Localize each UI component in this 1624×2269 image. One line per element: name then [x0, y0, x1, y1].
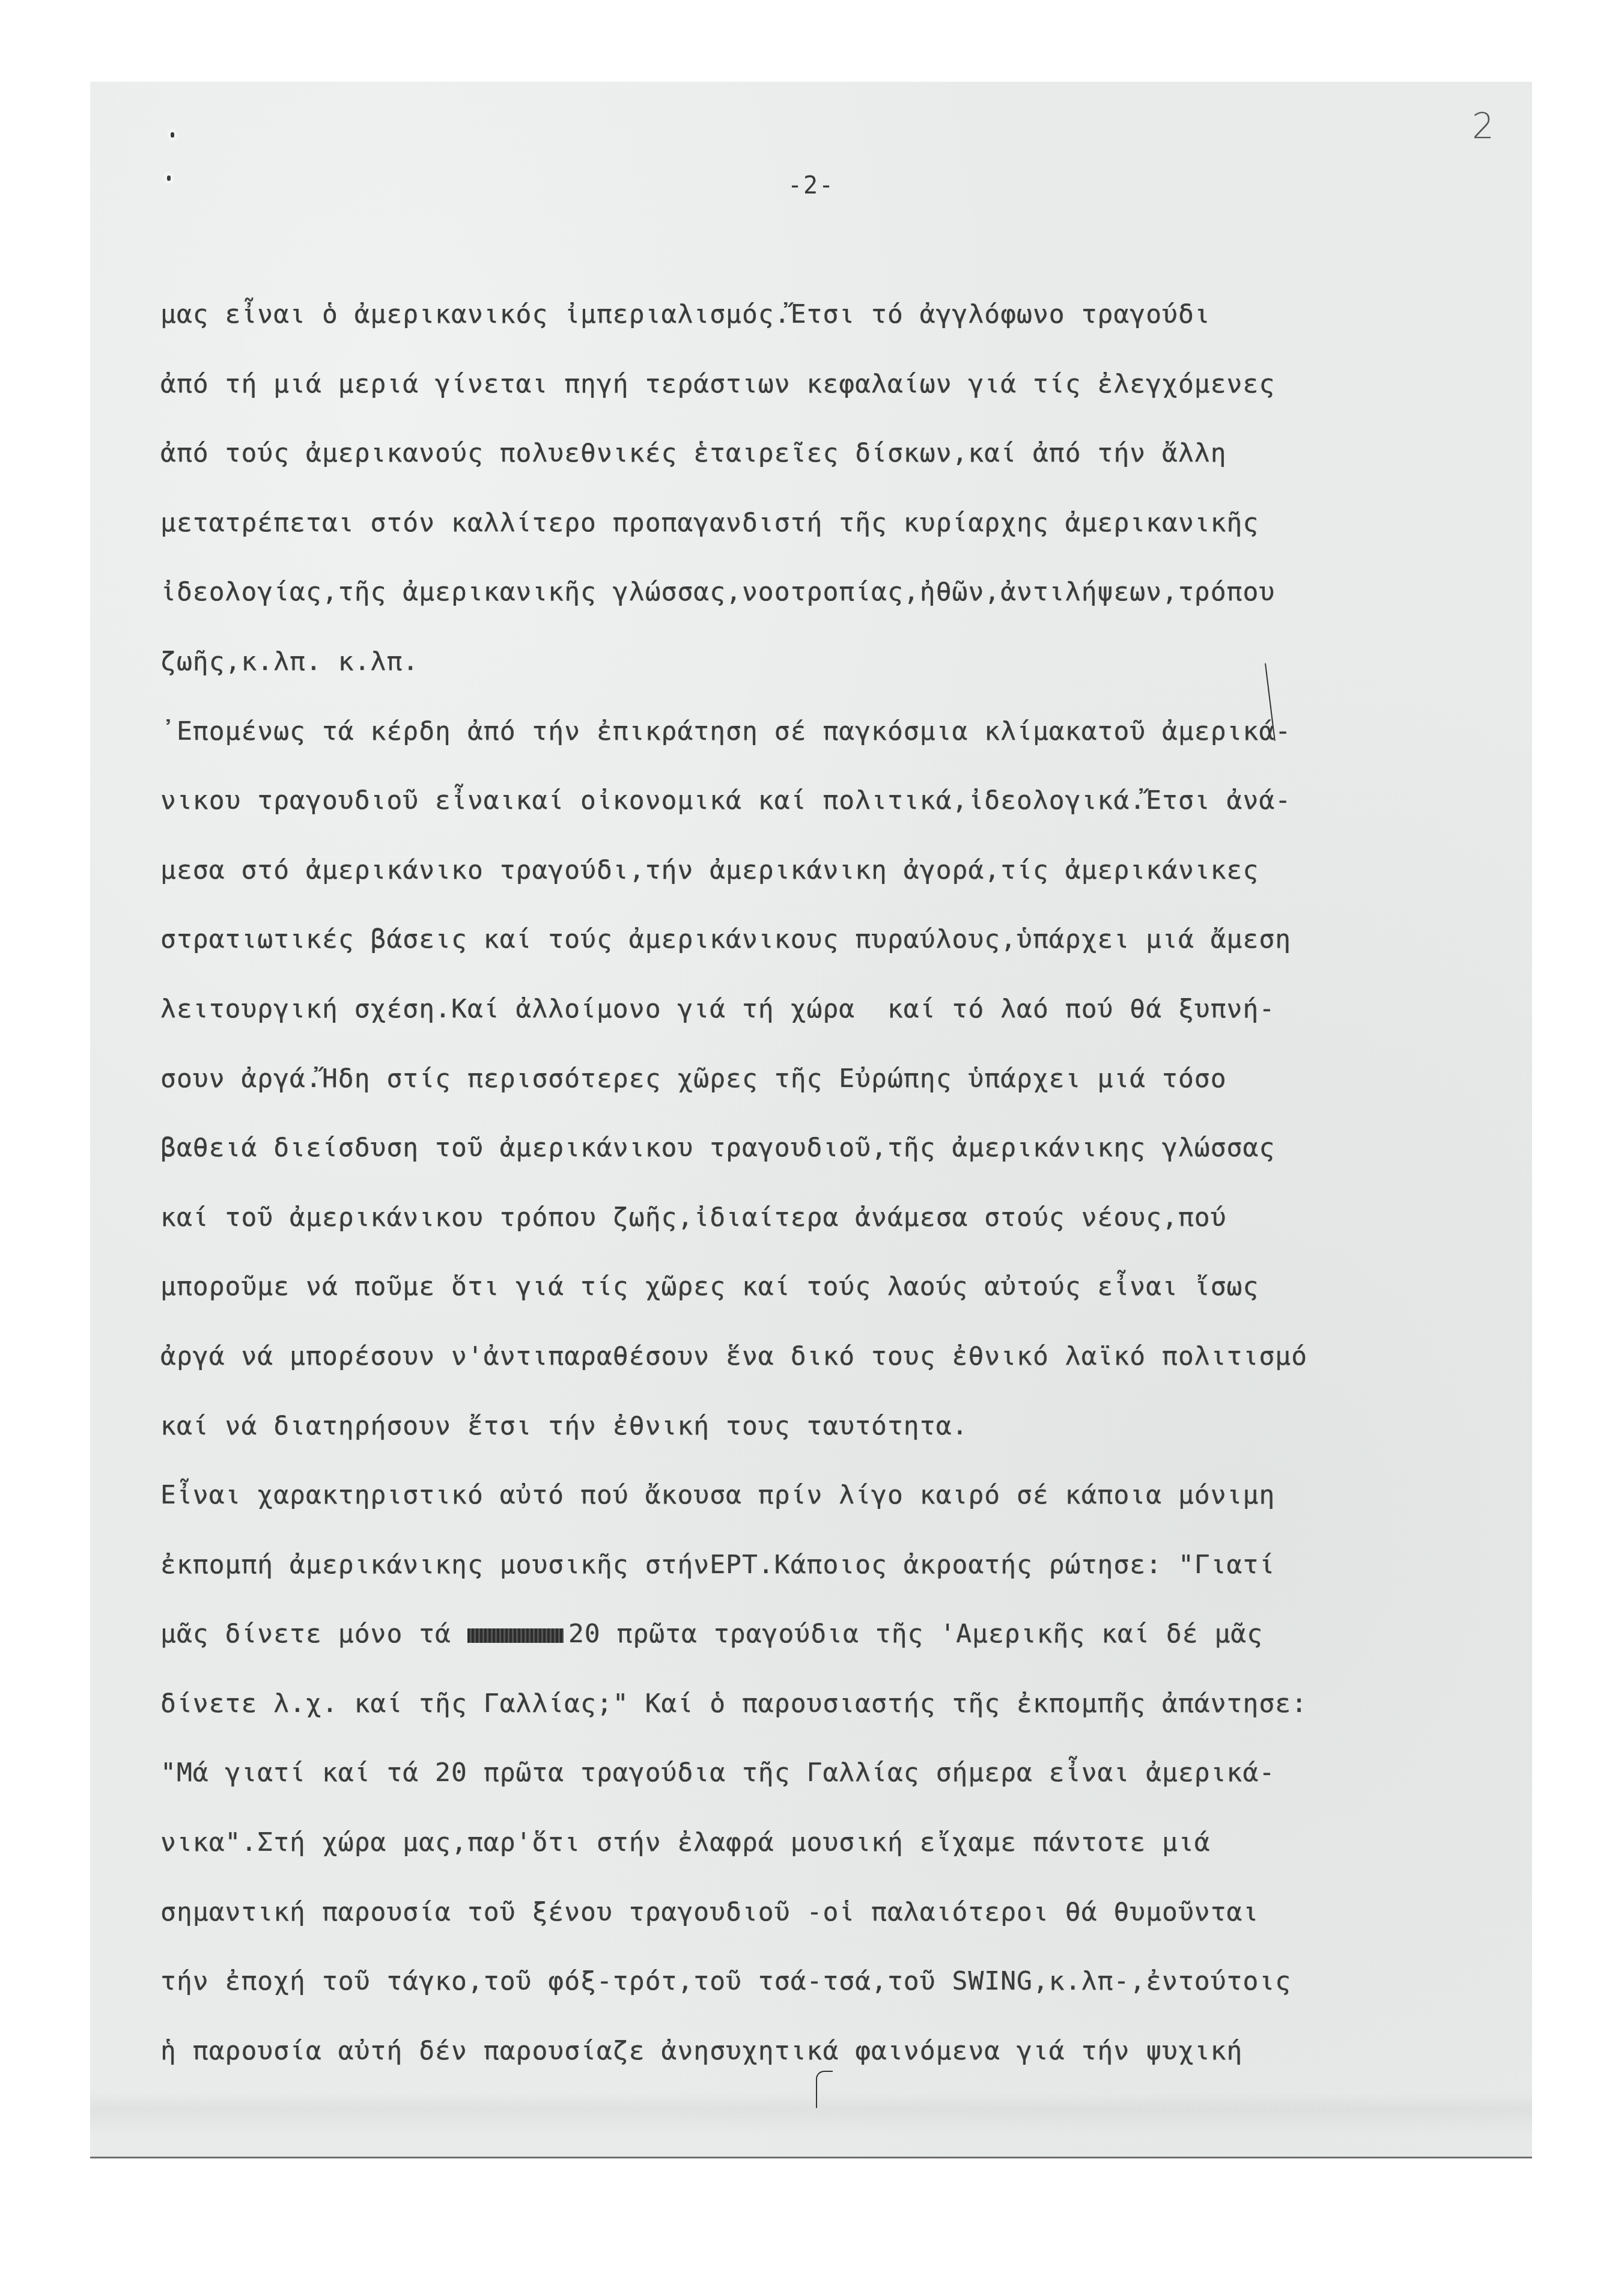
paper-bottom-edge	[90, 2157, 1532, 2158]
text-line: μεσα στό ἀμερικάνικο τραγούδι,τήν ἀμερικ…	[160, 836, 1500, 906]
typed-page-number: -2-	[90, 172, 1532, 199]
typewritten-body: μας εἶναι ὁ ἀμερικανικός ἰμπεριαλισμός.Ἔ…	[160, 280, 1500, 2086]
text-line: ἀπό τή μιά μεριά γίνεται πηγή τεράστιων …	[160, 350, 1500, 419]
text-line: ᾿Επομένως τά κέρδη ἀπό τήν ἐπικράτηση σέ…	[160, 697, 1500, 767]
text-line: τήν ἐποχή τοῦ τάγκο,τοῦ φόξ-τρότ,τοῦ τσά…	[160, 1947, 1500, 2017]
text-line: λειτουργική σχέση.Καί ἀλλοίμονο γιά τή χ…	[160, 975, 1500, 1044]
struck-out-word	[467, 1628, 564, 1643]
handwritten-page-number: 2	[1472, 106, 1494, 147]
scanned-page: 2 -2- μας εἶναι ὁ ἀμερικανικός ἰμπεριαλι…	[90, 82, 1532, 2158]
text-line: δίνετε λ.χ. καί τῆς Γαλλίας;" Καί ὁ παρο…	[160, 1669, 1500, 1739]
text-line: σημαντική παρουσία τοῦ ξένου τραγουδιοῦ …	[160, 1878, 1500, 1948]
text-line-with-redaction: μᾶς δίνετε μόνο τά 20 πρῶτα τραγούδια τῆ…	[160, 1600, 1500, 1669]
text-segment: 20 πρῶτα τραγούδια τῆς 'Αμερικῆς καί δέ …	[568, 1619, 1263, 1649]
text-line: ἀπό τούς ἀμερικανούς πολυεθνικές ἑταιρεῖ…	[160, 419, 1500, 489]
text-line: σουν ἀργά.Ἤδη στίς περισσότερες χῶρες τῆ…	[160, 1044, 1500, 1114]
punch-hole-mark	[171, 132, 174, 138]
text-line: ἀργά νά μπορέσουν ν'ἀντιπαραθέσουν ἕνα δ…	[160, 1322, 1500, 1392]
text-line: Εἶναι χαρακτηριστικό αὐτό πού ἄκουσα πρί…	[160, 1461, 1500, 1530]
text-line: ἐκπομπή ἀμερικάνικης μουσικῆς στήνΕΡΤ.Κά…	[160, 1530, 1500, 1600]
text-line: μετατρέπεται στόν καλλίτερο προπαγανδιστ…	[160, 489, 1500, 558]
text-line: μας εἶναι ὁ ἀμερικανικός ἰμπεριαλισμός.Ἔ…	[160, 280, 1500, 350]
text-line: βαθειά διείσδυση τοῦ ἀμερικάνικου τραγου…	[160, 1113, 1500, 1183]
text-line: νικα".Στή χώρα μας,παρ'ὅτι στήν ἐλαφρά μ…	[160, 1808, 1500, 1878]
text-line: καί νά διατηρήσουν ἔτσι τήν ἐθνική τους …	[160, 1392, 1500, 1461]
text-segment: μᾶς δίνετε μόνο τά	[160, 1619, 467, 1649]
text-line: "Μά γιατί καί τά 20 πρῶτα τραγούδια τῆς …	[160, 1738, 1500, 1808]
text-line: νικου τραγουδιοῦ εἶναικαί οἰκονομικά καί…	[160, 766, 1500, 836]
text-line: καί τοῦ ἀμερικάνικου τρόπου ζωῆς,ἰδιαίτε…	[160, 1183, 1500, 1253]
text-line: μποροῦμε νά ποῦμε ὅτι γιά τίς χῶρες καί …	[160, 1252, 1500, 1322]
text-line: στρατιωτικές βάσεις καί τούς ἀμερικάνικο…	[160, 905, 1500, 975]
text-line: ἰδεολογίας,τῆς ἀμερικανικῆς γλώσσας,νοοτ…	[160, 558, 1500, 627]
scan-streak	[90, 2092, 1532, 2134]
text-line: ζωῆς,κ.λπ. κ.λπ.	[160, 627, 1500, 697]
